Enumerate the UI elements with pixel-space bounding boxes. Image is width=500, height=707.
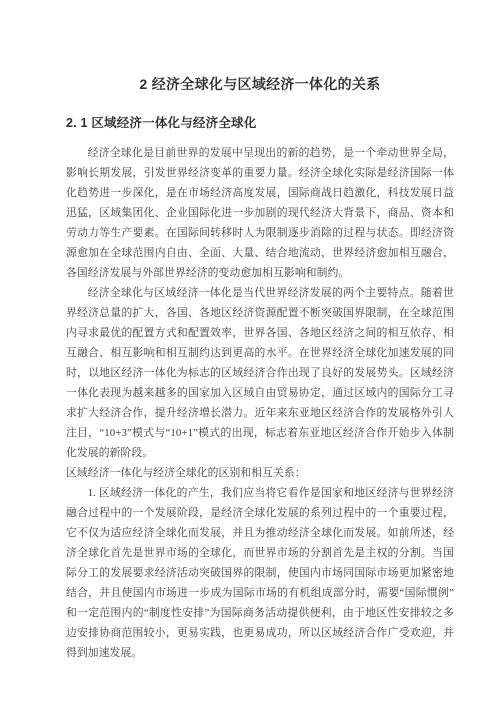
body-paragraph: 经济全球化与区域经济一体化是当代世界经济发展的两个主要特点。随着世界经济总量的扩…: [66, 283, 454, 463]
document-content: 2 经济全球化与区域经济一体化的关系 2. 1 区域经济一体化与经济全球化 经济…: [0, 0, 500, 663]
chapter-title: 2 经济全球化与区域经济一体化的关系: [66, 76, 454, 93]
body-paragraph: 经济全球化是目前世界的发展中呈现出的新的趋势，是一个牵动世界全局，影响长期发展，…: [66, 143, 454, 283]
section-heading: 2. 1 区域经济一体化与经济全球化: [66, 116, 454, 131]
body-text: 经济全球化是目前世界的发展中呈现出的新的趋势，是一个牵动世界全局，影响长期发展，…: [66, 143, 454, 663]
body-paragraph: 1. 区域经济一体化的产生，我们应当将它看作是国家和地区经济与世界经济融合过程中…: [66, 483, 454, 663]
body-paragraph-lead-in: 区域经济一体化与经济全球化的区别和相互关系：: [66, 463, 454, 483]
document-page: 2 经济全球化与区域经济一体化的关系 2. 1 区域经济一体化与经济全球化 经济…: [0, 0, 500, 707]
